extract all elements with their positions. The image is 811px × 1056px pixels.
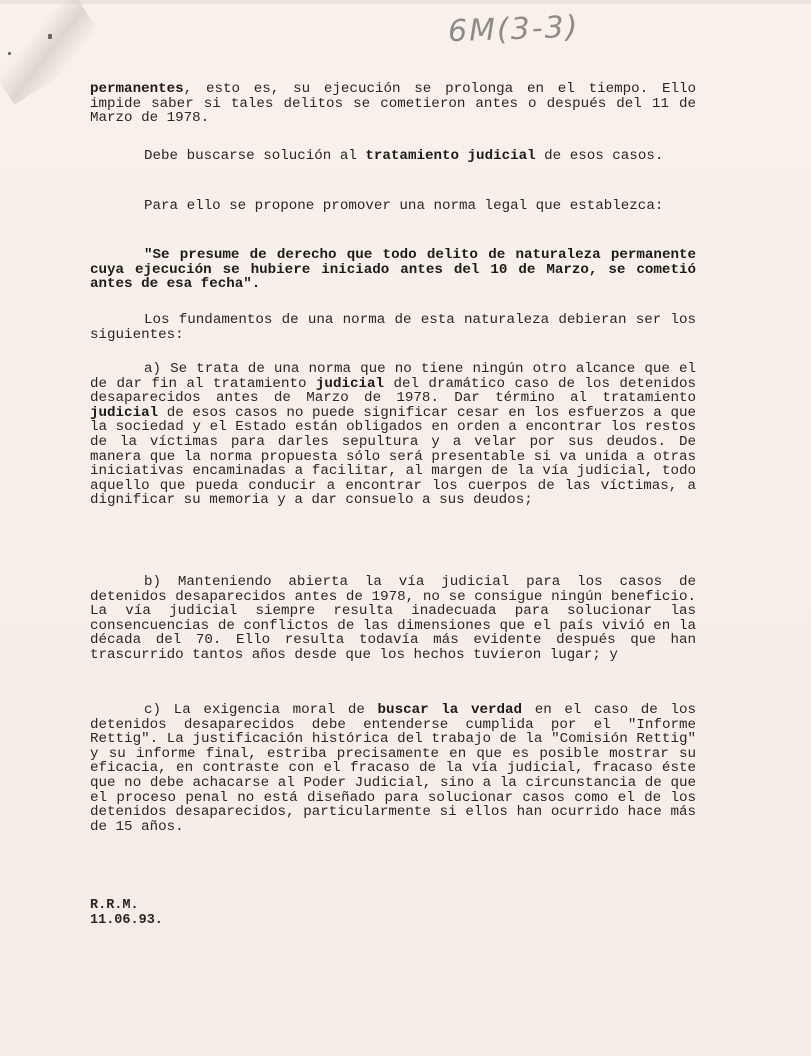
paragraph-intro: permanentes, esto es, su ejecución se pr… — [90, 82, 696, 126]
bold-text: permanentes — [90, 81, 184, 97]
bold-text: buscar la verdad — [378, 702, 523, 718]
scanned-page: 6M(3-3) permanentes, esto es, su ejecuci… — [0, 0, 811, 1056]
signature-initials: R.R.M. — [90, 898, 163, 913]
paragraph-text: permanentes, esto es, su ejecución se pr… — [90, 82, 696, 126]
paragraph-propuesta: Para ello se propone promover una norma … — [90, 199, 696, 214]
text-run: b) Manteniendo abierta la vía judicial p… — [90, 574, 696, 663]
paragraph-punto-a: a) Se trata de una norma que no tiene ni… — [90, 362, 696, 508]
paragraph-norma: "Se presume de derecho que todo delito d… — [90, 248, 696, 292]
text-run: de esos casos. — [536, 148, 664, 164]
paragraph-text: Los fundamentos de una norma de esta nat… — [90, 313, 696, 342]
bold-text: judicial — [316, 376, 384, 392]
text-run: c) La exigencia moral de — [144, 702, 378, 718]
signature-date: 11.06.93. — [90, 913, 163, 928]
text-run: en el caso de los detenidos desaparecido… — [90, 702, 696, 835]
staple-mark — [48, 34, 52, 39]
text-run: Debe buscarse solución al — [144, 148, 365, 164]
text-run: Para ello se propone promover una norma … — [144, 198, 663, 214]
paragraph-punto-b: b) Manteniendo abierta la vía judicial p… — [90, 575, 696, 663]
bold-text: judicial — [90, 405, 158, 421]
paragraph-text: "Se presume de derecho que todo delito d… — [90, 248, 696, 292]
paragraph-text: Para ello se propone promover una norma … — [90, 199, 696, 214]
paragraph-punto-c: c) La exigencia moral de buscar la verda… — [90, 703, 696, 834]
paragraph-fundamentos: Los fundamentos de una norma de esta nat… — [90, 313, 696, 342]
paragraph-solucion: Debe buscarse solución al tratamiento ju… — [90, 149, 696, 164]
bold-text: "Se presume de derecho que todo delito d… — [90, 247, 696, 292]
handwritten-page-reference: 6M(3-3) — [447, 10, 580, 50]
paragraph-text: c) La exigencia moral de buscar la verda… — [90, 703, 696, 834]
bold-text: tratamiento judicial — [365, 148, 535, 164]
paragraph-text: a) Se trata de una norma que no tiene ni… — [90, 362, 696, 508]
page-top-edge — [0, 0, 811, 4]
paragraph-text: Debe buscarse solución al tratamiento ju… — [90, 149, 696, 164]
text-run: Los fundamentos de una norma de esta nat… — [90, 312, 696, 343]
text-run: de esos casos no puede significar cesar … — [90, 405, 696, 509]
paragraph-text: b) Manteniendo abierta la vía judicial p… — [90, 575, 696, 663]
staple-mark — [8, 52, 11, 55]
signature-block: R.R.M. 11.06.93. — [90, 898, 163, 928]
